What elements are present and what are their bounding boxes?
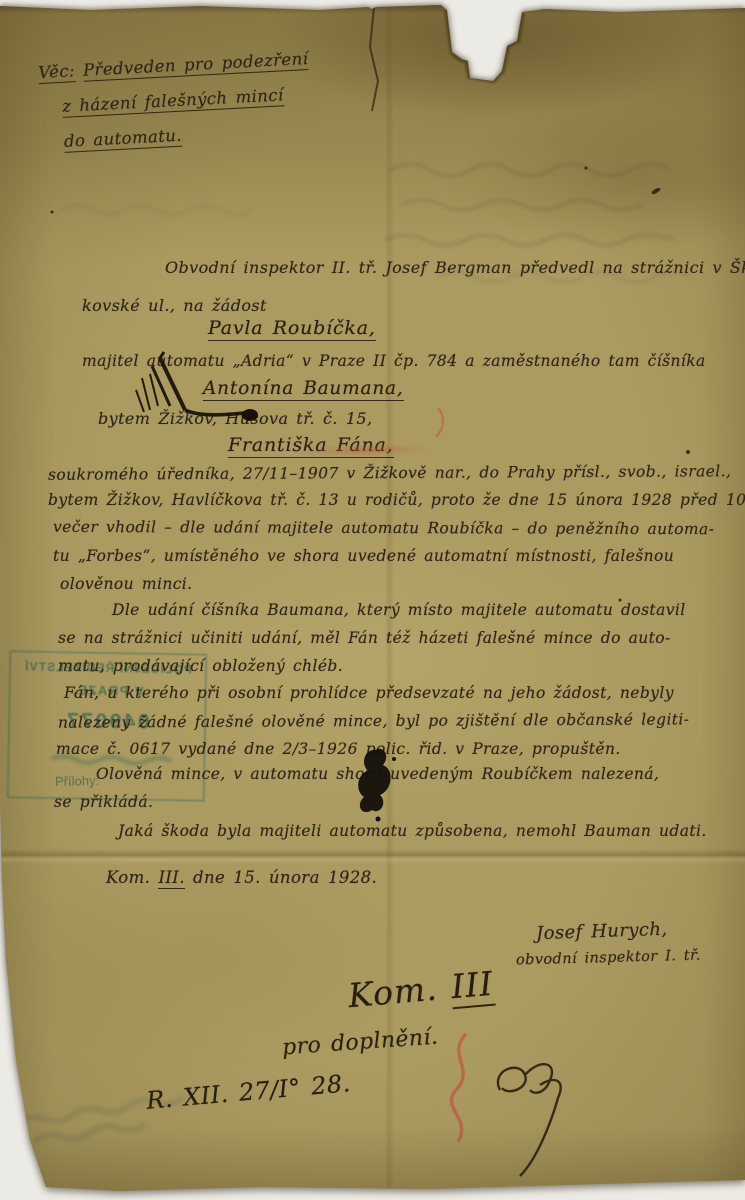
dateline-prefix: Kom. [106,868,158,887]
body-line: soukromého úředníka, 27/11–1907 v Žižkov… [48,462,731,484]
body-line: se na strážnici učiniti udání, měl Fán t… [58,629,671,647]
ink-blot-blob [350,745,410,825]
subject-line-2: z házení falešných mincí [62,84,311,116]
body-line: bytem Žižkov, Havlíčkova tř. č. 13 u rod… [48,491,745,509]
ink-blot-scribble [130,350,275,432]
body-line: matu, prodávající obložený chléb. [58,657,343,675]
initials-flourish [480,1050,600,1180]
body-line: Dle udání číšníka Baumana, který místo m… [112,601,686,619]
name-roubicek-text: Pavla Roubíčka, [208,317,376,341]
name-heading-roubicek: Pavla Roubíčka, [208,317,376,339]
body-line: večer vhodil – dle udání majitele automa… [53,518,714,538]
dateline-kom-number: III. [158,868,184,889]
body-line: Fán, u kterého při osobní prohlídce před… [64,684,674,702]
red-pencil-smear [300,443,435,457]
ink-specks [0,0,745,1200]
paper-shadow: POLICEJNÍ ŘEDITELSTVÍ V PRAZE, 049077 Př… [0,0,745,1200]
body-line: Obvodní inspektor II. tř. Josef Bergman … [165,258,745,277]
subject-block: Věc: Předveden pro podezření z házení fa… [38,49,313,152]
red-pencil-paren [430,406,450,440]
body-line: tu „Forbes“, umístěného ve shora uvedené… [53,547,674,565]
body-line: kovské ul., na žádost [82,296,267,315]
body-line: mace č. 0617 vydané dne 2/3–1926 polic. … [56,740,621,758]
annotation-kom-number: III [450,964,496,1010]
scanned-document-canvas: POLICEJNÍ ŘEDITELSTVÍ V PRAZE, 049077 Př… [0,0,745,1200]
body-line: se přikládá. [54,793,153,811]
body-line: Jaká škoda byla majiteli automatu způsob… [118,822,707,840]
vec-label: Věc: [38,61,76,84]
body-line: nalezeny žádné falešné olověné mince, by… [58,710,690,731]
paper-sheet: POLICEJNÍ ŘEDITELSTVÍ V PRAZE, 049077 Př… [0,0,745,1200]
body-line: olověnou minci. [60,575,192,593]
dateline: Kom. III. dne 15. února 1928. [106,868,377,887]
subject-text-2: z házení falešných mincí [62,85,284,118]
dateline-date: dne 15. února 1928. [185,868,377,887]
